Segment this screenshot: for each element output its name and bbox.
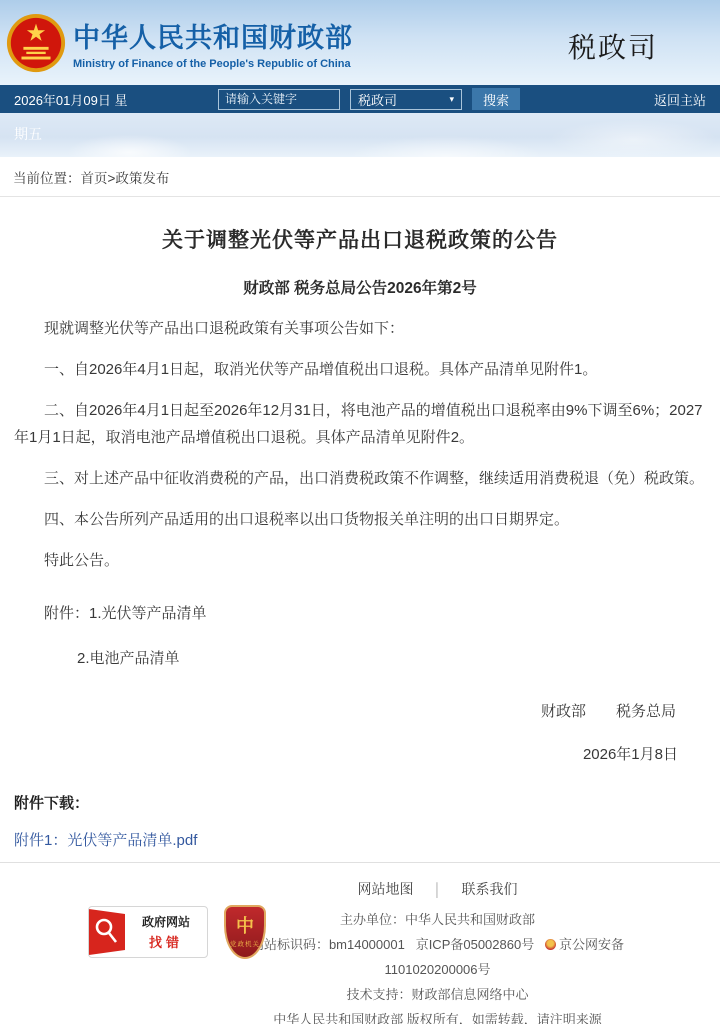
badge-error-line1: 政府网站 — [125, 913, 207, 930]
attachment-1-link[interactable]: 附件1：光伏等产品清单.pdf — [14, 829, 706, 850]
search-input[interactable] — [218, 89, 340, 110]
brand-text: 中华人民共和国财政部 Ministry of Finance of the Pe… — [73, 16, 353, 70]
sitemap-link[interactable]: 网站地图 — [358, 881, 414, 897]
paragraph: 现就调整光伏等产品出口退税政策有关事项公告如下： — [14, 315, 706, 342]
footer-badges: 政府网站 找错 中 党政机关 — [88, 905, 266, 959]
party-gov-shield-badge[interactable]: 中 党政机关 — [224, 905, 266, 959]
attachment-list-line2: 2.电池产品清单 — [14, 645, 706, 672]
footer-site-code: 网站标识码：bm14000001 — [251, 937, 405, 952]
department-title: 税政司 — [568, 26, 658, 66]
breadcrumb: 当前位置： 首页>政策发布 — [0, 157, 720, 197]
shield-label: 党政机关 — [230, 939, 260, 948]
search-scope-dropdown[interactable]: 税政司 ▾ — [350, 89, 462, 110]
current-date-wrap: 期五 — [0, 113, 42, 144]
issue-date: 2026年1月8日 — [14, 741, 706, 768]
paragraph: 三、对上述产品中征收消费税的产品，出口消费税政策不作调整，继续适用消费税退（免）… — [14, 465, 706, 492]
site-footer: 网站地图 │ 联系我们 政府网站 找错 中 党政机关 — [0, 862, 720, 1024]
document-number: 财政部 税务总局公告2026年第2号 — [14, 276, 706, 298]
article-content: 关于调整光伏等产品出口退税政策的公告 财政部 税务总局公告2026年第2号 现就… — [0, 197, 720, 862]
paragraph: 特此公告。 — [14, 547, 706, 574]
national-emblem-icon — [5, 12, 67, 74]
shield-glyph: 中 — [236, 916, 254, 936]
footer-links: 网站地图 │ 联系我们 — [155, 863, 720, 899]
paragraph: 一、自2026年4月1日起，取消光伏等产品增值税出口退税。具体产品清单见附件1。 — [14, 356, 706, 383]
attachment-list-line1: 附件：1.光伏等产品清单 — [14, 600, 706, 627]
footer-tech-support: 技术支持：财政部信息网络中心 — [155, 982, 720, 1007]
breadcrumb-path[interactable]: 首页>政策发布 — [81, 167, 170, 187]
page-title: 关于调整光伏等产品出口退税政策的公告 — [14, 224, 706, 254]
footer-icp[interactable]: 京ICP备05002860号 — [416, 937, 535, 952]
footer-links-divider: │ — [433, 882, 441, 897]
hero-band: 期五 — [0, 113, 720, 157]
chevron-down-icon: ▾ — [449, 94, 454, 105]
current-date: 2026年01月09日 星 — [0, 90, 127, 109]
error-report-badge-text: 政府网站 找错 — [125, 913, 207, 951]
downloads-title: 附件下载： — [14, 792, 706, 813]
page: 中华人民共和国财政部 Ministry of Finance of the Pe… — [0, 0, 720, 1024]
contact-link[interactable]: 联系我们 — [461, 881, 517, 897]
site-title: 中华人民共和国财政部 — [73, 16, 353, 55]
attachment-downloads: 附件下载： 附件1：光伏等产品清单.pdf 附件2：电池产品清单.pdf — [14, 792, 706, 862]
paragraph: 二、自2026年4月1日起至2026年12月31日，将电池产品的增值税出口退税率… — [14, 397, 706, 451]
badge-error-line2: 找错 — [125, 932, 207, 951]
gov-site-error-report-badge[interactable]: 政府网站 找错 — [88, 906, 208, 958]
navbar: 2026年01月09日 星 税政司 ▾ 搜索 返回主站 — [0, 85, 720, 113]
search-scope-value: 税政司 — [358, 90, 397, 109]
police-badge-icon — [545, 939, 556, 950]
breadcrumb-label: 当前位置： — [13, 167, 81, 187]
issuer: 财政部 税务总局 — [14, 698, 706, 725]
site-subtitle: Ministry of Finance of the People's Repu… — [73, 58, 353, 70]
site-header: 中华人民共和国财政部 Ministry of Finance of the Pe… — [0, 0, 720, 85]
search-button[interactable]: 搜索 — [472, 88, 520, 110]
brand[interactable]: 中华人民共和国财政部 Ministry of Finance of the Pe… — [0, 12, 353, 74]
error-report-flag-icon — [89, 907, 125, 957]
paragraph: 四、本公告所列产品适用的出口退税率以出口货物报关单注明的出口日期界定。 — [14, 506, 706, 533]
footer-police[interactable]: 京公网安备 — [559, 937, 624, 952]
search-group: 税政司 ▾ 搜索 — [218, 88, 520, 110]
footer-copyright: 中华人民共和国财政部 版权所有，如需转载，请注明来源 — [155, 1007, 720, 1024]
footer-police-number: 1101020200006号 — [155, 957, 720, 982]
back-to-main-site-link[interactable]: 返回主站 — [654, 90, 706, 109]
